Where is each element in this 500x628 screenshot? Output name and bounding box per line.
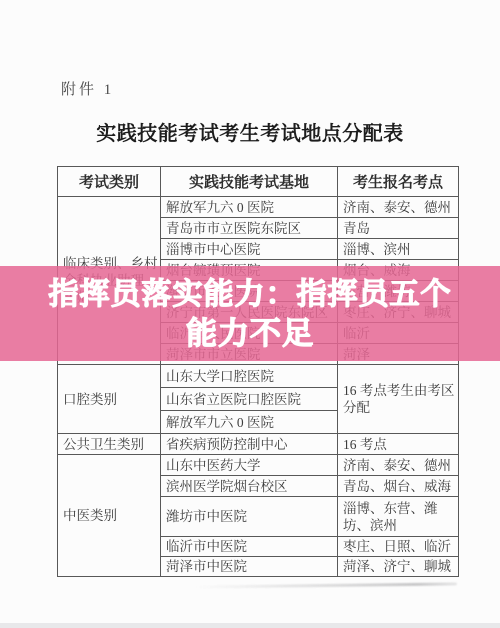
- base-cell: 菏泽市中医院: [161, 557, 338, 577]
- sites-cell: 青岛、烟台、威海: [338, 476, 459, 497]
- sites-cell: 济南、泰安、德州: [338, 455, 459, 476]
- table-row: 公共卫生类别 省疾病预防控制中心 16 考点: [58, 434, 459, 455]
- watermark-text-line1: 指挥员落实能力：指挥员五个: [49, 275, 452, 314]
- sites-cell-merged: 16 考点考生由考区分配: [338, 365, 459, 434]
- sites-cell: 青岛: [338, 218, 459, 239]
- table-header-row: 考试类别 实践技能考试基地 考生报名考点: [58, 167, 459, 197]
- base-cell: 青岛市市立医院东院区: [161, 218, 338, 239]
- sites-cell: 淄博、滨州: [338, 239, 459, 260]
- sites-cell: 济南、泰安、德州: [338, 197, 459, 218]
- base-cell: 临沂市中医院: [161, 537, 338, 557]
- sites-cell: 枣庄、日照、临沂: [338, 537, 459, 557]
- col-header-exam-category: 考试类别: [58, 167, 161, 197]
- base-cell: 滨州医学院烟台校区: [161, 476, 338, 497]
- table-row: 临床类别、乡村 全科执业助理 医师 解放军九六 0 医院 济南、泰安、德州: [58, 197, 459, 218]
- base-cell: 解放军九六 0 医院: [161, 411, 338, 434]
- sites-cell: 16 考点: [338, 434, 459, 455]
- sites-cell: 淄博、东营、潍坊、滨州: [338, 497, 459, 537]
- category-cell-dental: 口腔类别: [58, 365, 161, 434]
- base-cell: 山东中医药大学: [161, 455, 338, 476]
- watermark-overlay-banner: 指挥员落实能力：指挥员五个 能力不足: [0, 266, 500, 361]
- base-cell: 解放军九六 0 医院: [161, 197, 338, 218]
- scan-artifact-smudge: [195, 582, 457, 588]
- category-cell-public-health: 公共卫生类别: [58, 434, 161, 455]
- attachment-label: 附件 1: [61, 78, 114, 99]
- table-row: 中医类别 山东中医药大学 济南、泰安、德州: [58, 455, 459, 476]
- category-cell-tcm: 中医类别: [58, 455, 161, 577]
- document-title: 实践技能考试考生考试地点分配表: [0, 117, 500, 146]
- table-row: 口腔类别 山东大学口腔医院 16 考点考生由考区分配: [58, 365, 459, 388]
- sites-cell: 菏泽、济宁、聊城: [338, 557, 459, 577]
- col-header-skill-base: 实践技能考试基地: [161, 167, 338, 197]
- paper-edge-strip: [0, 623, 500, 628]
- watermark-text-line2: 能力不足: [186, 314, 314, 353]
- base-cell: 淄博市中心医院: [161, 239, 338, 260]
- base-cell: 潍坊市中医院: [161, 497, 338, 537]
- col-header-registration-site: 考生报名考点: [338, 167, 459, 197]
- base-cell: 省疾病预防控制中心: [161, 434, 338, 455]
- base-cell: 山东大学口腔医院: [161, 365, 338, 388]
- scanned-document-page: 附件 1 实践技能考试考生考试地点分配表 考试类别 实践技能考试基地 考生报名考…: [0, 0, 500, 628]
- base-cell: 山东省立医院口腔医院: [161, 388, 338, 411]
- exam-allocation-table: 考试类别 实践技能考试基地 考生报名考点 临床类别、乡村 全科执业助理 医师 解…: [57, 166, 459, 577]
